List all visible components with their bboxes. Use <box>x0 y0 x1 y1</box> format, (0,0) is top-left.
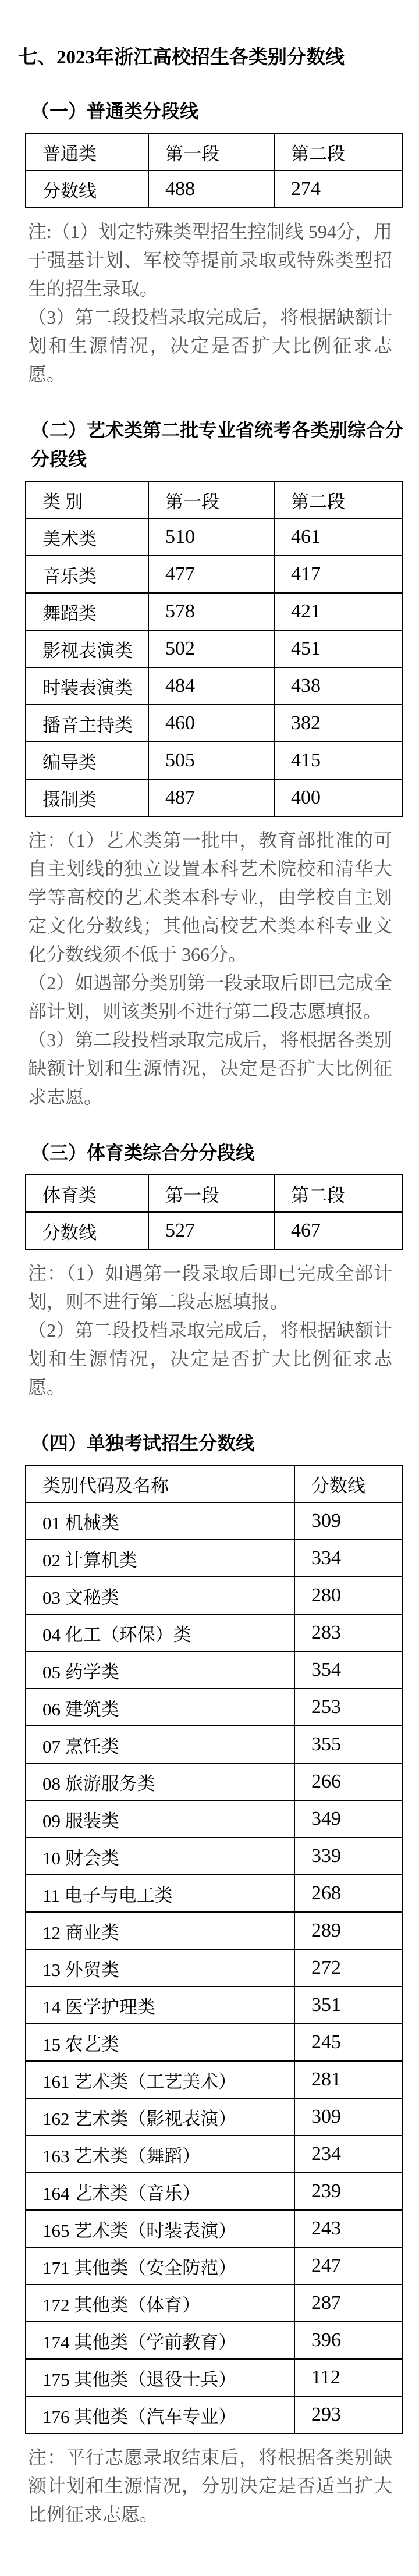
category-code-name-cell: 15 农艺类 <box>26 2024 294 2061</box>
score-line-cell: 355 <box>294 1726 402 1763</box>
table-row: 02 计算机类 334 <box>26 1540 402 1577</box>
note-paragraph: 注：平行志愿录取结束后，将根据各类别缺额计划和生源情况，分别决定是否适当扩大比例… <box>28 2443 392 2529</box>
category-code-name-cell: 07 烹饪类 <box>26 1726 294 1763</box>
page-title: 七、2023年浙江高校招生各类别分数线 <box>18 45 407 70</box>
score-line-cell: 253 <box>294 1689 402 1726</box>
note-sports: 注：（1）如遇第一段录取后即已完成全部计划，则不进行第二段志愿填报。（2）第二段… <box>28 1259 392 1402</box>
category-code-name-cell: 174 其他类（学前教育） <box>26 2322 294 2359</box>
table-header-cell: 第一段 <box>148 133 274 170</box>
table-row: 07 烹饪类 355 <box>26 1726 402 1763</box>
score-line-cell: 234 <box>294 2136 402 2173</box>
table-header-cell: 体育类 <box>26 1175 148 1212</box>
segment1-score-cell: 484 <box>148 667 274 705</box>
category-code-name-cell: 06 建筑类 <box>26 1689 294 1726</box>
table-row: 08 旅游服务类 266 <box>26 1763 402 1800</box>
table-row: 162 艺术类（影视表演） 309 <box>26 2098 402 2136</box>
table-header-cell: 类 别 <box>26 481 148 518</box>
section-heading-general: （一）普通类分段线 <box>31 97 404 126</box>
section-sports: （三）体育类综合分分段线 体育类 第一段 第二段 分数线 527 467 <box>0 1138 419 1402</box>
score-line-cell: 339 <box>294 1838 402 1875</box>
category-cell: 分数线 <box>26 170 148 208</box>
table-row: 播音主持类 460 382 <box>26 705 402 742</box>
category-code-name-cell: 176 其他类（汽车专业） <box>26 2396 294 2433</box>
category-cell: 美术类 <box>26 518 148 556</box>
table-row: 04 化工（环保）类 283 <box>26 1614 402 1651</box>
table-header-cell: 分数线 <box>294 1465 402 1502</box>
segment1-score-cell: 505 <box>148 742 274 779</box>
score-line-cell: 396 <box>294 2322 402 2359</box>
general-score-table: 普通类 第一段 第二段 分数线 488 274 <box>25 133 403 208</box>
section-separate-exam: （四）单独考试招生分数线 类别代码及名称 分数线 01 机械类 309 <box>0 1429 419 2529</box>
category-code-name-cell: 11 电子与电工类 <box>26 1875 294 1912</box>
category-code-name-cell: 14 医学护理类 <box>26 1987 294 2024</box>
segment2-score-cell: 438 <box>274 667 402 705</box>
note-paragraph: （2）第二段投档录取完成后，将根据缺额计划和生源情况，决定是否扩大比例征求志愿。 <box>28 1316 392 1402</box>
segment2-score-cell: 274 <box>274 170 402 208</box>
table-header-row: 类别代码及名称 分数线 <box>26 1465 402 1502</box>
score-line-cell: 243 <box>294 2210 402 2247</box>
segment2-score-cell: 382 <box>274 705 402 742</box>
table-row: 172 其他类（体育） 287 <box>26 2284 402 2322</box>
table-header-row: 体育类 第一段 第二段 <box>26 1175 402 1212</box>
segment1-score-cell: 487 <box>148 779 274 816</box>
category-code-name-cell: 01 机械类 <box>26 1502 294 1540</box>
score-line-cell: 354 <box>294 1651 402 1689</box>
note-paragraph: （3）第二段投档录取完成后，将根据各类别缺额计划和生源情况，决定是否扩大比例征求… <box>28 1026 392 1111</box>
table-row: 11 电子与电工类 268 <box>26 1875 402 1912</box>
segment2-score-cell: 461 <box>274 518 402 556</box>
table-row: 175 其他类（退役士兵） 112 <box>26 2359 402 2396</box>
category-code-name-cell: 164 艺术类（音乐） <box>26 2173 294 2210</box>
category-code-name-cell: 09 服装类 <box>26 1800 294 1838</box>
segment2-score-cell: 467 <box>274 1212 402 1249</box>
note-paragraph: 注：（1）如遇第一段录取后即已完成全部计划，则不进行第二段志愿填报。 <box>28 1259 392 1316</box>
segment1-score-cell: 460 <box>148 705 274 742</box>
score-line-cell: 309 <box>294 1502 402 1540</box>
table-header-cell: 第二段 <box>274 1175 402 1212</box>
table-row: 161 艺术类（工艺美术） 281 <box>26 2061 402 2098</box>
score-line-cell: 247 <box>294 2247 402 2284</box>
score-line-cell: 349 <box>294 1800 402 1838</box>
sports-score-table: 体育类 第一段 第二段 分数线 527 467 <box>25 1174 403 1250</box>
table-row: 10 财会类 339 <box>26 1838 402 1875</box>
score-line-cell: 283 <box>294 1614 402 1651</box>
table-row: 01 机械类 309 <box>26 1502 402 1540</box>
category-cell: 摄制类 <box>26 779 148 816</box>
section-general: （一）普通类分段线 普通类 第一段 第二段 分数线 488 274 <box>0 97 419 389</box>
category-code-name-cell: 08 旅游服务类 <box>26 1763 294 1800</box>
table-row: 176 其他类（汽车专业） 293 <box>26 2396 402 2433</box>
segment2-score-cell: 417 <box>274 556 402 593</box>
score-line-cell: 266 <box>294 1763 402 1800</box>
score-line-cell: 351 <box>294 1987 402 2024</box>
table-row: 05 药学类 354 <box>26 1651 402 1689</box>
category-code-name-cell: 02 计算机类 <box>26 1540 294 1577</box>
segment1-score-cell: 527 <box>148 1212 274 1249</box>
table-row: 编导类 505 415 <box>26 742 402 779</box>
score-line-cell: 334 <box>294 1540 402 1577</box>
table-row: 163 艺术类（舞蹈） 234 <box>26 2136 402 2173</box>
table-row: 15 农艺类 245 <box>26 2024 402 2061</box>
segment1-score-cell: 502 <box>148 630 274 667</box>
table-header-cell: 第一段 <box>148 481 274 518</box>
category-code-name-cell: 12 商业类 <box>26 1912 294 1949</box>
note-general: 注:（1）划定特殊类型招生控制线 594分，用于强基计划、军校等提前录取或特殊类… <box>28 218 392 389</box>
category-cell: 分数线 <box>26 1212 148 1249</box>
score-line-cell: 289 <box>294 1912 402 1949</box>
score-line-cell: 272 <box>294 1949 402 1987</box>
table-header-cell: 类别代码及名称 <box>26 1465 294 1502</box>
section-heading-art: （二）艺术类第二批专业省统考各类别综合分分段线 <box>31 415 404 474</box>
category-code-name-cell: 172 其他类（体育） <box>26 2284 294 2322</box>
section-heading-sports: （三）体育类综合分分段线 <box>31 1138 404 1167</box>
table-row: 09 服装类 349 <box>26 1800 402 1838</box>
score-line-cell: 293 <box>294 2396 402 2433</box>
table-row: 03 文秘类 280 <box>26 1577 402 1614</box>
table-row: 06 建筑类 253 <box>26 1689 402 1726</box>
table-row: 14 医学护理类 351 <box>26 1987 402 2024</box>
segment1-score-cell: 477 <box>148 556 274 593</box>
category-code-name-cell: 10 财会类 <box>26 1838 294 1875</box>
score-line-cell: 245 <box>294 2024 402 2061</box>
category-cell: 播音主持类 <box>26 705 148 742</box>
table-row: 美术类 510 461 <box>26 518 402 556</box>
category-code-name-cell: 13 外贸类 <box>26 1949 294 1987</box>
table-row: 影视表演类 502 451 <box>26 630 402 667</box>
category-cell: 音乐类 <box>26 556 148 593</box>
table-row: 165 艺术类（时装表演） 243 <box>26 2210 402 2247</box>
table-row: 12 商业类 289 <box>26 1912 402 1949</box>
table-row: 13 外贸类 272 <box>26 1949 402 1987</box>
table-row: 时装表演类 484 438 <box>26 667 402 705</box>
segment2-score-cell: 421 <box>274 593 402 630</box>
segment2-score-cell: 400 <box>274 779 402 816</box>
table-header-row: 类 别 第一段 第二段 <box>26 481 402 518</box>
separate-exam-score-table: 类别代码及名称 分数线 01 机械类 309 02 计算机类 334 <box>25 1465 403 2434</box>
category-code-name-cell: 171 其他类（安全防范） <box>26 2247 294 2284</box>
table-row: 音乐类 477 417 <box>26 556 402 593</box>
table-row: 174 其他类（学前教育） 396 <box>26 2322 402 2359</box>
section-art: （二）艺术类第二批专业省统考各类别综合分分段线 类 别 第一段 第二段 美术类 … <box>0 415 419 1111</box>
score-line-cell: 309 <box>294 2098 402 2136</box>
table-header-cell: 第一段 <box>148 1175 274 1212</box>
table-row: 摄制类 487 400 <box>26 779 402 816</box>
category-code-name-cell: 05 药学类 <box>26 1651 294 1689</box>
score-line-cell: 268 <box>294 1875 402 1912</box>
category-code-name-cell: 175 其他类（退役士兵） <box>26 2359 294 2396</box>
category-code-name-cell: 161 艺术类（工艺美术） <box>26 2061 294 2098</box>
art-score-table: 类 别 第一段 第二段 美术类 510 461 音乐类 477 <box>25 481 403 817</box>
segment1-score-cell: 510 <box>148 518 274 556</box>
note-paragraph: （3）第二段投档录取完成后，将根据缺额计划和生源情况，决定是否扩大比例征求志愿。 <box>28 303 392 389</box>
note-paragraph: （2）如遇部分类别第一段录取后即已完成全部计划，则该类别不进行第二段志愿填报。 <box>28 969 392 1026</box>
table-header-cell: 普通类 <box>26 133 148 170</box>
table-row: 164 艺术类（音乐） 239 <box>26 2173 402 2210</box>
score-line-cell: 112 <box>294 2359 402 2396</box>
score-line-cell: 239 <box>294 2173 402 2210</box>
category-code-name-cell: 03 文秘类 <box>26 1577 294 1614</box>
section-heading-separate-exam: （四）单独考试招生分数线 <box>31 1429 404 1458</box>
table-row: 171 其他类（安全防范） 247 <box>26 2247 402 2284</box>
category-code-name-cell: 163 艺术类（舞蹈） <box>26 2136 294 2173</box>
category-code-name-cell: 04 化工（环保）类 <box>26 1614 294 1651</box>
note-art: 注：（1）艺术类第一批中，教育部批准的可自主划线的独立设置本科艺术院校和清华大学… <box>28 826 392 1111</box>
score-line-cell: 280 <box>294 1577 402 1614</box>
note-paragraph: 注:（1）划定特殊类型招生控制线 594分，用于强基计划、军校等提前录取或特殊类… <box>28 218 392 303</box>
note-separate-exam: 注：平行志愿录取结束后，将根据各类别缺额计划和生源情况，分别决定是否适当扩大比例… <box>28 2443 392 2529</box>
table-header-cell: 第二段 <box>274 133 402 170</box>
category-code-name-cell: 165 艺术类（时装表演） <box>26 2210 294 2247</box>
category-cell: 时装表演类 <box>26 667 148 705</box>
score-line-cell: 287 <box>294 2284 402 2322</box>
segment2-score-cell: 415 <box>274 742 402 779</box>
article-page: 七、2023年浙江高校招生各类别分数线 （一）普通类分段线 普通类 第一段 第二… <box>0 0 419 2556</box>
segment2-score-cell: 451 <box>274 630 402 667</box>
category-cell: 舞蹈类 <box>26 593 148 630</box>
table-header-row: 普通类 第一段 第二段 <box>26 133 402 170</box>
category-cell: 影视表演类 <box>26 630 148 667</box>
table-row: 分数线 488 274 <box>26 170 402 208</box>
note-paragraph: 注：（1）艺术类第一批中，教育部批准的可自主划线的独立设置本科艺术院校和清华大学… <box>28 826 392 969</box>
table-row: 分数线 527 467 <box>26 1212 402 1249</box>
category-cell: 编导类 <box>26 742 148 779</box>
table-row: 舞蹈类 578 421 <box>26 593 402 630</box>
score-line-cell: 281 <box>294 2061 402 2098</box>
segment1-score-cell: 578 <box>148 593 274 630</box>
table-header-cell: 第二段 <box>274 481 402 518</box>
category-code-name-cell: 162 艺术类（影视表演） <box>26 2098 294 2136</box>
segment1-score-cell: 488 <box>148 170 274 208</box>
